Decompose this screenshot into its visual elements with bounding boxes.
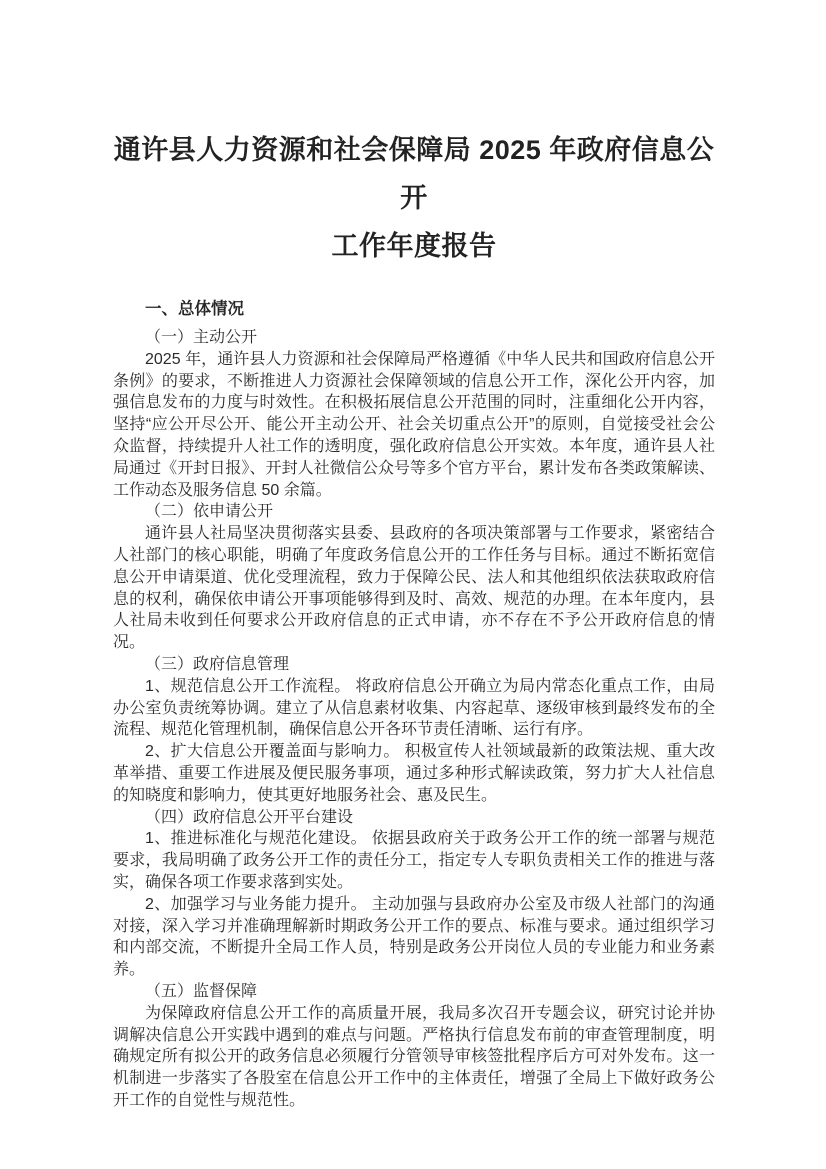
document-title-line-1: 通许县人力资源和社会保障局 2025 年政府信息公开 [113,126,715,222]
subsection-heading: （三）政府信息管理 [113,654,715,676]
paragraph: 2、扩大信息公开覆盖面与影响力。 积极宣传人社领域最新的政策法规、重大改革举措、… [113,741,715,806]
subsection-heading: （五）监督保障 [113,981,715,1003]
subsection-heading: （二）依申请公开 [113,501,715,523]
paragraph: 通许县人社局坚决贯彻落实县委、县政府的各项决策部署与工作要求，紧密结合人社部门的… [113,523,715,654]
subsection-heading: （一）主动公开 [113,327,715,349]
document-page: 通许县人力资源和社会保障局 2025 年政府信息公开 工作年度报告 一、总体情况… [0,0,826,1169]
document-body: 一、总体情况（一）主动公开2025 年，通许县人力资源和社会保障局严格遵循《中华… [113,298,715,1112]
paragraph: 2025 年，通许县人力资源和社会保障局严格遵循《中华人民共和国政府信息公开条例… [113,349,715,502]
subsection-heading: （四）政府信息公开平台建设 [113,807,715,829]
section-heading: 一、总体情况 [113,298,715,320]
paragraph: 1、规范信息公开工作流程。 将政府信息公开确立为局内常态化重点工作，由局办公室负… [113,676,715,741]
document-title: 通许县人力资源和社会保障局 2025 年政府信息公开 工作年度报告 [113,126,715,270]
paragraph: 2、加强学习与业务能力提升。 主动加强与县政府办公室及市级人社部门的沟通对接，深… [113,894,715,981]
paragraph: 1、推进标准化与规范化建设。 依据县政府关于政务公开工作的统一部署与规范要求，我… [113,828,715,893]
paragraph: 为保障政府信息公开工作的高质量开展，我局多次召开专题会议，研究讨论并协调解决信息… [113,1003,715,1112]
document-title-line-2: 工作年度报告 [113,222,715,270]
